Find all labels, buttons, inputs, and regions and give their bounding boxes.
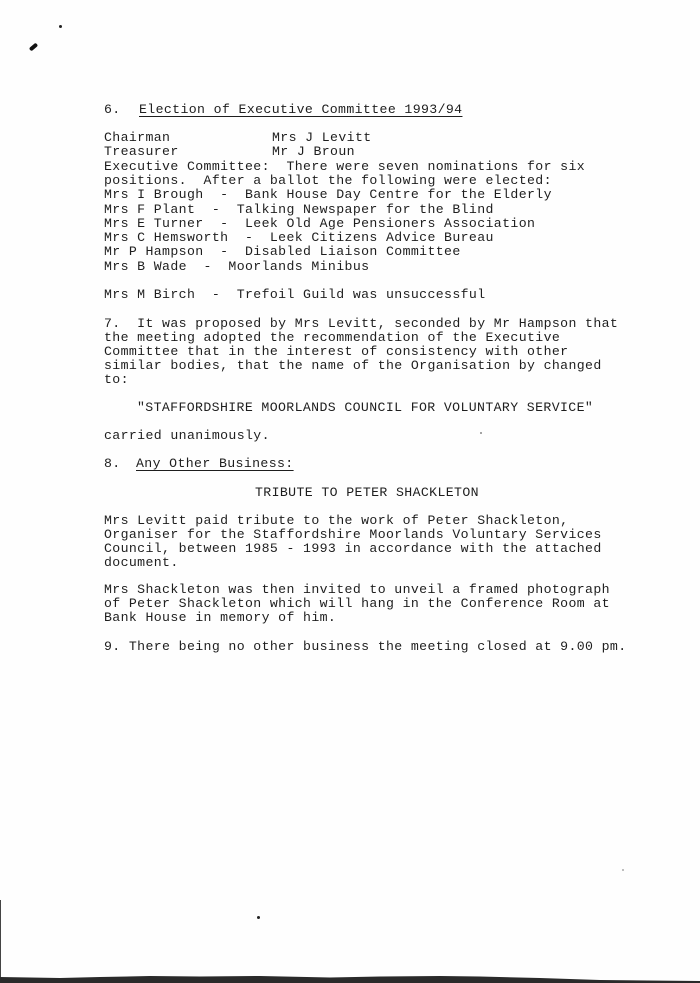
elected-member: Mrs B Wade - Moorlands Minibus: [104, 260, 369, 274]
photograph-paragraph: of Peter Shackleton which will hang in t…: [104, 597, 610, 611]
section-7-text: similar bodies, that the name of the Org…: [104, 359, 602, 373]
scan-speck: [257, 916, 260, 919]
photograph-paragraph: Mrs Shackleton was then invited to unvei…: [104, 583, 610, 597]
scan-edge-bottom: [0, 975, 700, 983]
scan-edge-left: [0, 900, 1, 983]
unsuccessful-nominee: Mrs M Birch - Trefoil Guild was unsucces…: [104, 288, 486, 302]
officer-role: Treasurer: [104, 145, 179, 159]
tribute-title: TRIBUTE TO PETER SHACKLETON: [255, 486, 479, 500]
section-8-heading: Any Other Business:: [136, 457, 294, 471]
scan-speck: [59, 25, 62, 28]
section-7-text: Committee that in the interest of consis…: [104, 345, 568, 359]
tribute-paragraph: document.: [104, 556, 179, 570]
tribute-paragraph: Mrs Levitt paid tribute to the work of P…: [104, 514, 568, 528]
elected-member: Mr P Hampson - Disabled Liaison Committe…: [104, 245, 461, 259]
section-7-text: the meeting adopted the recommendation o…: [104, 331, 560, 345]
elected-member: Mrs I Brough - Bank House Day Centre for…: [104, 188, 552, 202]
scanned-page: 6. Election of Executive Committee 1993/…: [0, 0, 700, 983]
elected-member: Mrs C Hemsworth - Leek Citizens Advice B…: [104, 231, 494, 245]
section-6-number: 6.: [104, 103, 121, 117]
tribute-paragraph: Council, between 1985 - 1993 in accordan…: [104, 542, 602, 556]
motion-result: carried unanimously.: [104, 429, 270, 443]
section-7-text: to:: [104, 373, 129, 387]
scan-speck: [622, 869, 624, 871]
scan-mark: [29, 43, 38, 52]
section-9-text: 9. There being no other business the mee…: [104, 640, 627, 654]
section-7-text: 7. It was proposed by Mrs Levitt, second…: [104, 317, 618, 331]
officer-name: Mr J Broun: [272, 145, 355, 159]
tribute-paragraph: Organiser for the Staffordshire Moorland…: [104, 528, 602, 542]
scan-speck: [480, 432, 482, 434]
exec-intro: positions. After a ballot the following …: [104, 174, 552, 188]
section-6-heading: Election of Executive Committee 1993/94: [139, 103, 462, 117]
officer-name: Mrs J Levitt: [272, 131, 372, 145]
elected-member: Mrs F Plant - Talking Newspaper for the …: [104, 203, 494, 217]
new-organisation-name: "STAFFORDSHIRE MOORLANDS COUNCIL FOR VOL…: [137, 401, 593, 415]
photograph-paragraph: Bank House in memory of him.: [104, 611, 336, 625]
section-8-number: 8.: [104, 457, 121, 471]
officer-role: Chairman: [104, 131, 170, 145]
elected-member: Mrs E Turner - Leek Old Age Pensioners A…: [104, 217, 535, 231]
exec-intro: Executive Committee: There were seven no…: [104, 160, 585, 174]
